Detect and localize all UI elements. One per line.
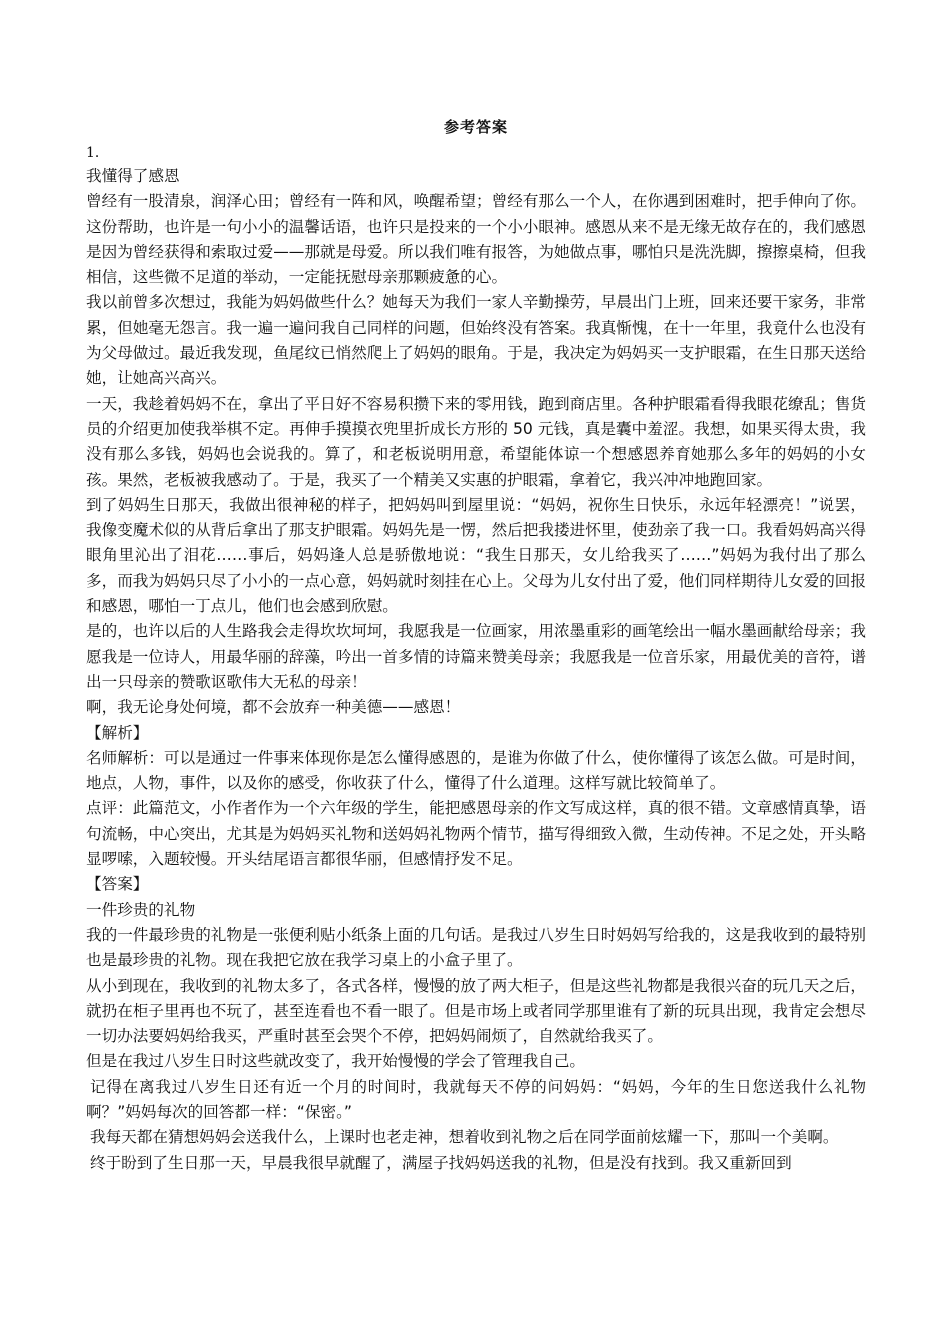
essay-1-paragraph: 到了妈妈生日那天，我做出很神秘的样子，把妈妈叫到屋里说：“妈妈，祝你生日快乐，永… [86, 493, 866, 619]
answer-label: 【答案】 [86, 872, 866, 897]
analysis-label: 【解析】 [86, 721, 866, 746]
page-title: 参考答案 [86, 116, 866, 138]
answer-paragraph: 但是在我过八岁生日时这些就改变了，我开始慢慢的学会了管理我自己。 [86, 1049, 866, 1074]
essay-1-paragraph: 一天，我趁着妈妈不在，拿出了平日好不容易积攒下来的零用钱，跑到商店里。各种护眼霜… [86, 392, 866, 493]
answer-section: 【答案】 一件珍贵的礼物 我的一件最珍贵的礼物是一张便利贴小纸条上面的几句话。是… [86, 872, 866, 1176]
analysis-section: 【解析】 名师解析：可以是通过一件事来体现你是怎么懂得感恩的，是谁为你做了什么，… [86, 721, 866, 873]
answer-heading: 一件珍贵的礼物 [86, 898, 866, 923]
question-number: 1． [86, 142, 866, 164]
essay-1: 我懂得了感恩 曾经有一股清泉，润泽心田；曾经有一阵和风，唤醒希望；曾经有那么一个… [86, 164, 866, 721]
essay-1-paragraph: 啊，我无论身处何境，都不会放弃一种美德——感恩！ [86, 695, 866, 720]
analysis-paragraph: 名师解析：可以是通过一件事来体现你是怎么懂得感恩的，是谁为你做了什么，使你懂得了… [86, 746, 866, 797]
answer-paragraph: 我的一件最珍贵的礼物是一张便利贴小纸条上面的几句话。是我过八岁生日时妈妈写给我的… [86, 923, 866, 974]
essay-1-paragraph: 我以前曾多次想过，我能为妈妈做些什么？她每天为我们一家人辛勤操劳，早晨出门上班，… [86, 290, 866, 391]
answer-paragraph: 我每天都在猜想妈妈会送我什么，上课时也老走神，想着收到礼物之后在同学面前炫耀一下… [86, 1125, 866, 1150]
answer-paragraph: 从小到现在，我收到的礼物太多了，各式各样，慢慢的放了两大柜子，但是这些礼物都是我… [86, 974, 866, 1050]
answer-page: 参考答案 1． 我懂得了感恩 曾经有一股清泉，润泽心田；曾经有一阵和风，唤醒希望… [86, 116, 866, 1176]
analysis-paragraph: 点评：此篇范文，小作者作为一个六年级的学生，能把感恩母亲的作文写成这样，真的很不… [86, 796, 866, 872]
essay-1-paragraph: 是的，也许以后的人生路我会走得坎坎坷坷，我愿我是一位画家，用浓墨重彩的画笔绘出一… [86, 619, 866, 695]
answer-paragraph: 记得在离我过八岁生日还有近一个月的时间时，我就每天不停的问妈妈：“妈妈，今年的生… [86, 1075, 866, 1126]
essay-1-heading: 我懂得了感恩 [86, 164, 866, 189]
answer-paragraph: 终于盼到了生日那一天，早晨我很早就醒了，满屋子找妈妈送我的礼物，但是没有找到。我… [86, 1151, 866, 1176]
essay-1-paragraph: 曾经有一股清泉，润泽心田；曾经有一阵和风，唤醒希望；曾经有那么一个人，在你遇到困… [86, 189, 866, 290]
